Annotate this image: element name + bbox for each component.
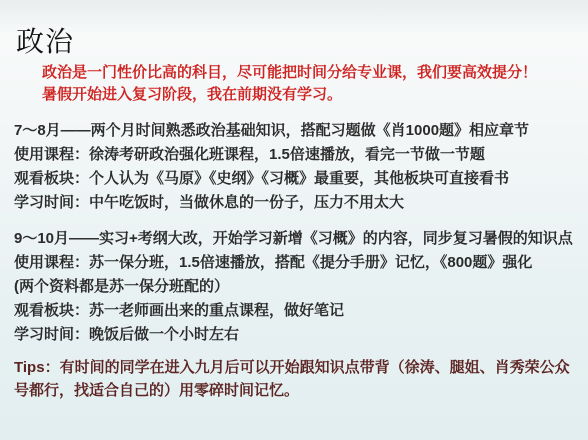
intro-line-1: 政治是一门性价比高的科目，尽可能把时间分给专业课，我们要高效提分！ [42, 62, 574, 84]
section-heading-line: 7～8月——两个月时间熟悉政治基础知识，搭配习题做《肖1000题》相应章节 [14, 119, 574, 143]
section-modules-line: 观看板块：苏一老师画出来的重点课程，做好笔记 [14, 299, 574, 323]
study-plan-section-sep-oct: 9～10月——实习+考纲大改，开始学习新增《习概》的内容，同步复习暑假的知识点 … [14, 227, 574, 347]
section-time-line: 学习时间：中午吃饭时，当做休息的一份子，压力不用太大 [14, 191, 574, 215]
section-time-line: 学习时间：晚饭后做一个小时左右 [14, 323, 574, 347]
tips-line-2: 号都行，找适合自己的）用零碎时间记忆。 [14, 379, 574, 402]
tips-line-1: Tips：有时间的同学在进入九月后可以开始跟知识点带背（徐涛、腿姐、肖秀荣公众 [14, 356, 574, 379]
section-course-line: 使用课程：徐涛考研政治强化班课程，1.5倍速播放，看完一节做一节题 [14, 143, 574, 167]
study-plan-section-jul-aug: 7～8月——两个月时间熟悉政治基础知识，搭配习题做《肖1000题》相应章节 使用… [14, 119, 574, 215]
intro-line-2: 暑假开始进入复习阶段，我在前期没有学习。 [42, 84, 574, 106]
section-course-note-line: (两个资料都是苏一保分班配的） [14, 275, 574, 299]
section-heading-line: 9～10月——实习+考纲大改，开始学习新增《习概》的内容，同步复习暑假的知识点 [14, 227, 574, 251]
tips-note: Tips：有时间的同学在进入九月后可以开始跟知识点带背（徐涛、腿姐、肖秀荣公众 … [14, 356, 574, 402]
section-modules-line: 观看板块：个人认为《马原》《史纲》《习概》最重要，其他板块可直接看书 [14, 167, 574, 191]
page-title: 政治 [16, 26, 574, 60]
intro-note: 政治是一门性价比高的科目，尽可能把时间分给专业课，我们要高效提分！ 暑假开始进入… [42, 62, 574, 106]
section-course-line: 使用课程：苏一保分班，1.5倍速播放，搭配《提分手册》记忆，《800题》强化 [14, 251, 574, 275]
study-plan-slide: 政治 政治是一门性价比高的科目，尽可能把时间分给专业课，我们要高效提分！ 暑假开… [0, 0, 588, 440]
